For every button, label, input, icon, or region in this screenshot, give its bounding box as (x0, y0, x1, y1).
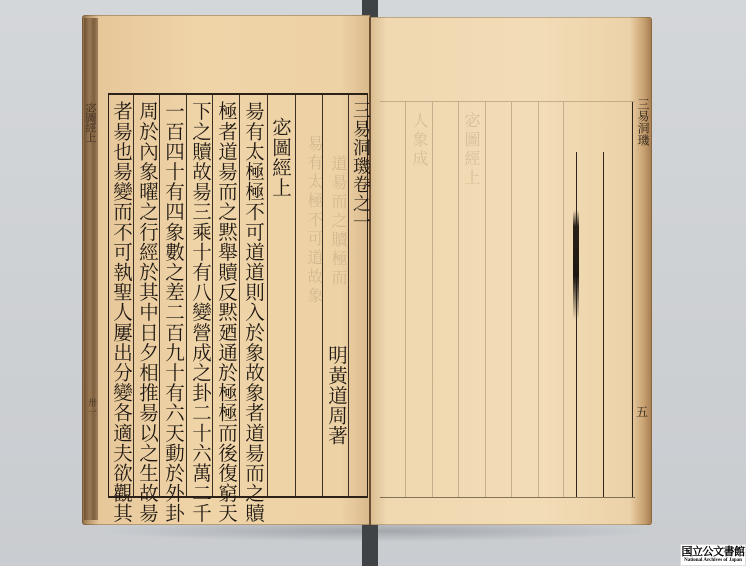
column-rule (267, 95, 268, 496)
column-rule (632, 102, 633, 497)
column-rule (603, 152, 604, 497)
logo-japanese: 国立公文書館 (681, 546, 745, 558)
column-rule (458, 102, 459, 497)
edge-label: 宓圖經上 (86, 102, 98, 142)
left-fore-edge (84, 18, 98, 520)
body-column: 昜有太極極不可道道則入於象故象者道昜而之贖 (242, 101, 264, 523)
body-column: 下之贖故昜三乘十有八變營成之卦二十六萬二千 (189, 101, 211, 523)
margin-title: 三易洞璣 (636, 98, 650, 146)
chapter-heading: 宓圖經上 (269, 117, 291, 197)
column-rule (212, 95, 213, 496)
column-rule (405, 102, 406, 497)
ink-smear (573, 210, 579, 320)
column-rule (576, 152, 577, 497)
column-rule (485, 102, 486, 497)
body-column: 者昜也昜變而不可執聖人屢出分變各適夫欲觀其 (110, 101, 132, 523)
left-text-block: 易有太極不可道故象 道昜而之贖極而 三易洞璣卷之一 明黃道周著 宓圖經上 昜有太… (108, 93, 368, 498)
body-column: 極者道昜而之黙舉贖反黙廼通於極極而後復窮天 (215, 101, 237, 523)
right-text-block: 宓圖經上 人象成 (380, 101, 635, 498)
column-rule (295, 95, 296, 496)
show-through-text: 易有太極不可道故象 (303, 135, 326, 306)
column-rule (511, 102, 512, 497)
show-through-text: 人象成 (408, 112, 431, 169)
book-gutter (369, 17, 371, 525)
archive-logo: 国立公文書館 National Archives of Japan (680, 544, 746, 566)
body-column: 一百四十有四象數之差二百九十有六天動於外卦 (162, 101, 184, 523)
edge-page-mark: 卅一 (86, 398, 98, 416)
margin-page-number: 五 (636, 403, 648, 420)
column-rule (186, 95, 187, 496)
body-column: 周於內象曜之行經於其中日夕相推昜以之生故昜 (136, 101, 158, 523)
author-line: 明黃道周著 (325, 345, 347, 446)
column-rule (159, 95, 160, 496)
column-rule (538, 102, 539, 497)
logo-english: National Archives of Japan (681, 558, 745, 564)
column-rule (563, 102, 564, 497)
volume-title: 三易洞璣卷之一 (349, 101, 371, 231)
show-through-text: 道昜而之贖極而 (327, 155, 350, 288)
bookmark-ribbon-bottom (362, 520, 378, 566)
show-through-text: 宓圖經上 (460, 112, 483, 188)
column-rule (432, 102, 433, 497)
column-rule (239, 95, 240, 496)
column-rule (133, 95, 134, 496)
